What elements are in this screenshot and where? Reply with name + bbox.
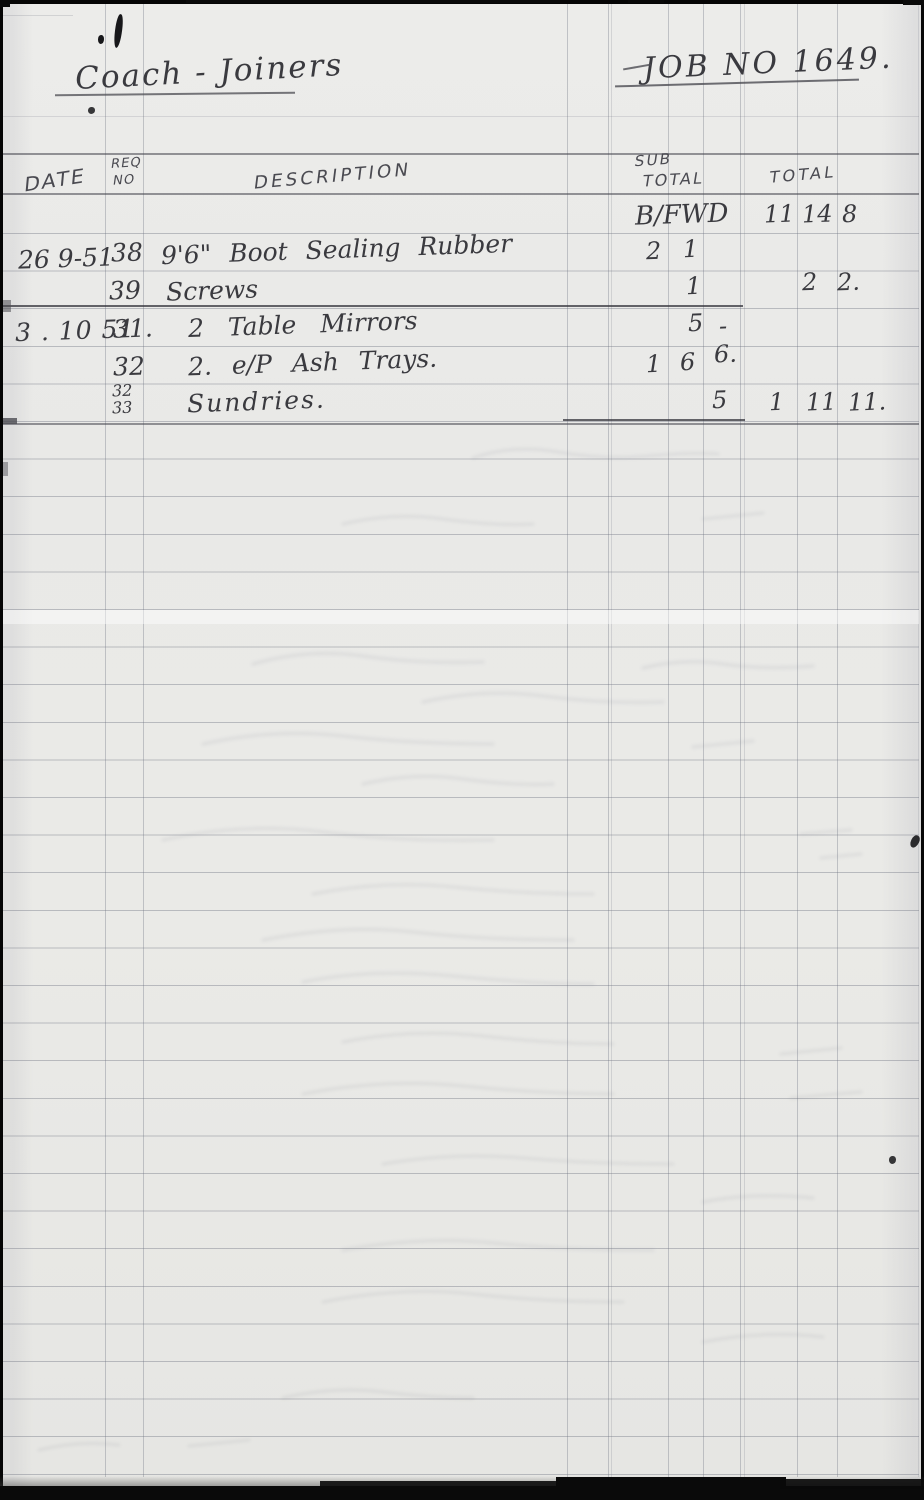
entry-total: 1	[769, 388, 785, 417]
ink-blot	[113, 14, 124, 49]
entry-total: 11.	[848, 387, 887, 416]
entry-sub: 2	[646, 237, 662, 266]
ruled-lines	[3, 233, 919, 1483]
entry-sub: 5	[688, 309, 704, 338]
ink-blot	[98, 35, 104, 44]
section-rule	[3, 423, 919, 425]
header-sub-line2: TOTAL	[641, 168, 705, 190]
subtotal-underline	[563, 419, 745, 421]
entry-req-no: 31.	[113, 313, 154, 343]
entry-date: 26 9-51	[18, 242, 115, 274]
entry-sub: 5	[712, 386, 728, 415]
scan-edge-top	[628, 0, 664, 3]
bfwd-pounds: 11	[764, 199, 796, 228]
entry-total: 11	[806, 387, 838, 416]
entry-total: 2.	[837, 268, 861, 297]
bfwd-pence: 8	[842, 200, 858, 229]
bfwd-shillings: 14	[802, 199, 834, 228]
page-title: Coach - Joiners	[74, 47, 344, 97]
entry-req-no: 38	[111, 237, 144, 267]
scan-edge-bottom	[556, 1477, 786, 1489]
header-bottom-rule	[3, 193, 919, 195]
header-description: DESCRIPTION	[253, 159, 413, 193]
entry-req-no: 39	[109, 275, 142, 305]
entry-description: Screws	[166, 274, 259, 306]
horizontal-rule	[3, 116, 919, 117]
scan-streak	[3, 610, 919, 624]
scan-edge-top	[186, 0, 560, 3]
entry-sub: 1	[646, 350, 662, 379]
header-req-line1: REQ	[110, 155, 143, 172]
entry-sub: 1	[686, 272, 702, 301]
entry-sub: 1	[683, 235, 699, 264]
margin-mark	[3, 418, 17, 424]
entry-sub: 6.	[714, 340, 738, 369]
scan-edge-top-left	[0, 0, 10, 7]
scan-edge-bottom	[320, 1481, 570, 1489]
entry-req-no: 33	[112, 398, 133, 418]
header-req-line2: NO	[112, 172, 136, 188]
entry-sub: -	[719, 312, 728, 340]
header-sub-line1: SUB	[633, 150, 673, 171]
scanned-ledger-sheet: Coach - Joiners JOB NO 1649. DATE REQ NO…	[0, 0, 924, 1500]
entry-description: Sundries.	[187, 385, 327, 419]
ledger-page: Coach - Joiners JOB NO 1649. DATE REQ NO…	[3, 4, 921, 1487]
scan-edge-bottom	[780, 1479, 924, 1489]
ink-blot	[88, 107, 95, 114]
entry-sub: 6	[680, 348, 696, 377]
margin-mark	[3, 300, 11, 312]
header-date: DATE	[23, 163, 87, 196]
horizontal-rule	[3, 15, 73, 16]
brought-forward-label: B/FWD	[635, 198, 729, 231]
header-total: TOTAL	[768, 162, 837, 187]
margin-mark	[3, 462, 8, 476]
entry-req-no: 32	[113, 351, 146, 381]
entry-total: 2	[802, 268, 818, 297]
